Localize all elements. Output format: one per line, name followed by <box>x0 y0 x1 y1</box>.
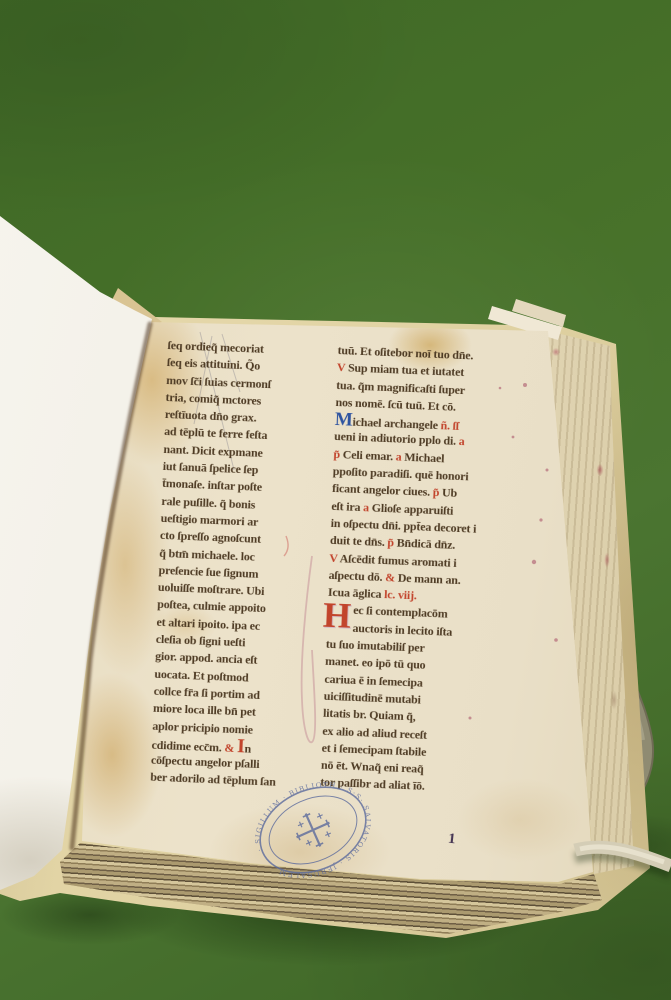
cover-tie-ribbon <box>0 0 671 1000</box>
photo-of-medieval-manuscript: ſeq ordieq̃ mecoriatſeq eis attituini. Q… <box>0 0 671 1000</box>
